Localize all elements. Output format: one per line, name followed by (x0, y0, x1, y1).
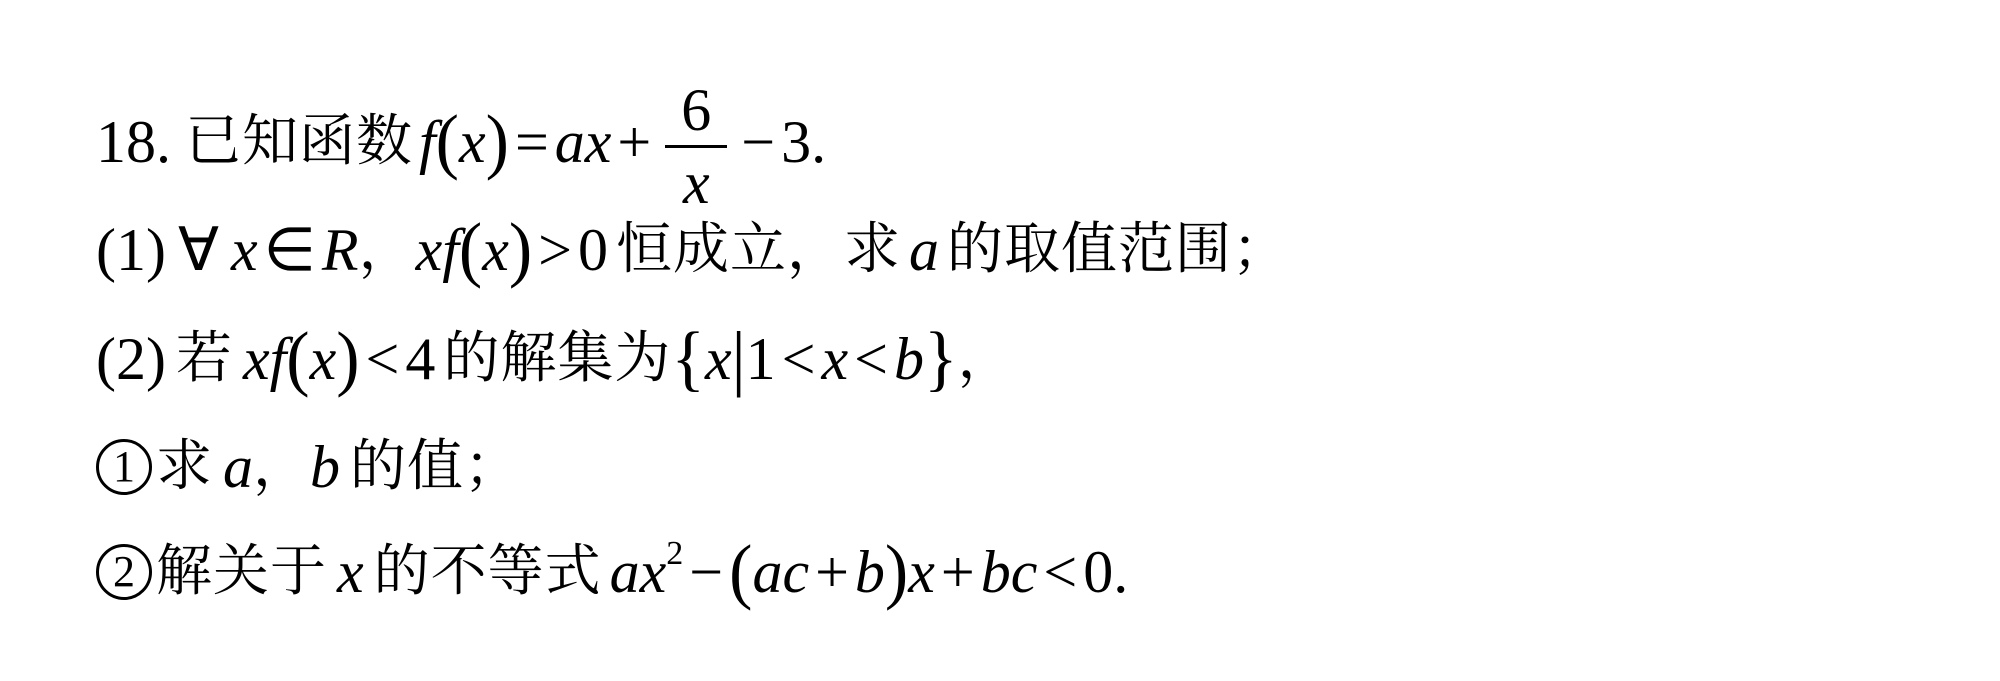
set-bar: | (732, 322, 746, 396)
less-than: < (854, 324, 888, 394)
problem-statement: 18. 已知函数 f ( x ) = ax + 6 x − 3 . (96, 87, 826, 197)
fraction-bar (665, 145, 727, 148)
right-paren: ) (336, 322, 359, 396)
term-bc: bc (981, 537, 1038, 607)
zero: 0 (1083, 537, 1113, 607)
zero: 0 (578, 215, 608, 285)
part-2: (2) 若 xf ( x ) < 4 的解集为 { x | 1 < x < b … (96, 324, 1015, 394)
left-paren: ( (286, 322, 309, 396)
problem-number: 18. (96, 107, 171, 177)
part-2-label: (2) (96, 324, 166, 394)
param-a: a (909, 215, 939, 285)
fraction: 6 x (665, 77, 727, 216)
circled-number-2: 2 (96, 544, 152, 600)
equals-sign: = (515, 107, 549, 177)
plus-sign: + (815, 537, 849, 607)
var-x: x (337, 537, 364, 607)
minus-sign: − (741, 107, 775, 177)
fraction-numerator: 6 (681, 77, 711, 143)
text-solve-about: 解关于 (156, 537, 327, 607)
function-var: x (459, 107, 486, 177)
mid-var: x (822, 324, 849, 394)
circled-number-1: 1 (96, 439, 152, 495)
sub-question-2: 2 解关于 x 的不等式 ax 2 − ( ac + b ) x + bc < … (96, 537, 1128, 607)
text-range: 的取值范围； (947, 215, 1289, 285)
less-than: < (1043, 537, 1077, 607)
forall-symbol: ∀ (178, 215, 219, 285)
upper-bound: b (894, 324, 924, 394)
text-always-holds: 恒成立，求 (616, 215, 901, 285)
right-paren: ) (509, 213, 532, 287)
var-a: a (223, 432, 253, 502)
text-inequality: 的不等式 (374, 537, 602, 607)
right-paren: ) (885, 535, 908, 609)
minus-sign: − (689, 537, 723, 607)
four: 4 (405, 324, 435, 394)
var-x: x (231, 215, 258, 285)
part-1: (1) ∀ x ∈ R ， xf ( x ) > 0 恒成立，求 a 的取值范围… (96, 215, 1289, 285)
term-x: x (908, 537, 935, 607)
set-R: R (322, 215, 359, 285)
term-ax: ax (555, 107, 612, 177)
less-than: < (366, 324, 400, 394)
right-paren: ) (486, 105, 509, 179)
left-paren: ( (436, 105, 459, 179)
text-if: 若 (176, 324, 233, 394)
expr-xf: xf (416, 215, 459, 285)
text-values: 的值； (350, 432, 521, 502)
part-1-label: (1) (96, 215, 166, 285)
function-name: f (419, 107, 436, 177)
left-paren: ( (729, 535, 752, 609)
period: . (811, 107, 826, 177)
set-var: x (705, 324, 732, 394)
paren-var: x (310, 324, 337, 394)
lower-bound: 1 (746, 324, 776, 394)
comma: ， (958, 324, 1015, 394)
term-ac: ac (752, 537, 809, 607)
set-close-brace: } (924, 322, 958, 396)
comma: ， (359, 215, 416, 285)
paren-var: x (482, 215, 509, 285)
text-solution-set: 的解集为 (443, 324, 671, 394)
fraction-denominator: x (683, 150, 710, 216)
plus-sign: + (617, 107, 651, 177)
greater-than: > (538, 215, 572, 285)
exponent-2: 2 (666, 519, 683, 589)
left-paren: ( (459, 213, 482, 287)
period: . (1113, 537, 1128, 607)
term-ax: ax (610, 537, 667, 607)
element-of-symbol: ∈ (264, 215, 316, 285)
sub-question-1: 1 求 a ， b 的值； (96, 432, 521, 502)
term-b: b (855, 537, 885, 607)
var-b: b (310, 432, 340, 502)
plus-sign: + (941, 537, 975, 607)
text-find: 求 (156, 432, 213, 502)
less-than: < (782, 324, 816, 394)
constant: 3 (781, 107, 811, 177)
comma: ， (253, 432, 310, 502)
expr-xf: xf (243, 324, 286, 394)
intro-text: 已知函数 (185, 107, 413, 177)
set-open-brace: { (671, 322, 705, 396)
